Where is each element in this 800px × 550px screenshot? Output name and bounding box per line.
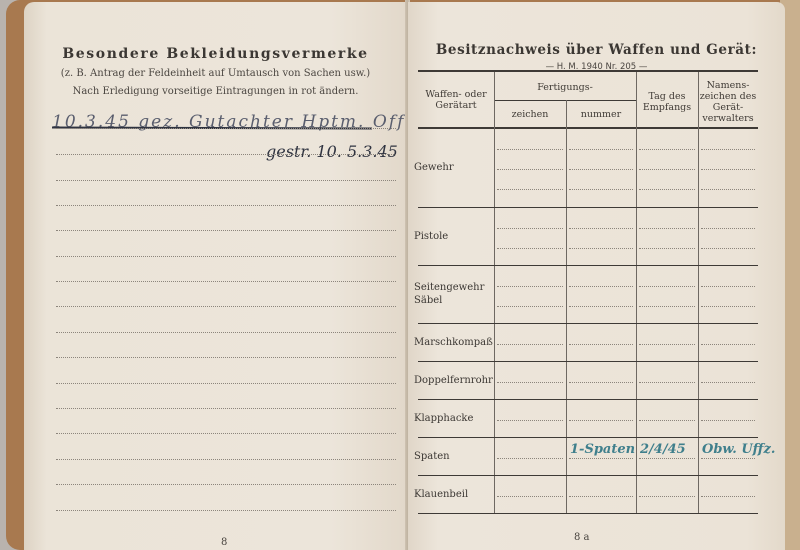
cell-fill-line	[701, 382, 755, 383]
writing-line	[56, 128, 396, 129]
cell-nummer: 1-Spaten	[570, 442, 635, 457]
row-label: Seitengewehr Säbel	[414, 281, 492, 307]
page-number-right: 8 a	[574, 532, 590, 543]
row-separator	[418, 207, 758, 208]
left-page-title: Besondere Bekleidungsvermerke	[24, 46, 407, 62]
cell-fill-line	[639, 306, 695, 307]
writing-line	[56, 205, 396, 206]
writing-line	[56, 357, 396, 358]
cell-fill-line	[497, 189, 563, 190]
right-page: Besitznachweis über Waffen und Gerät: — …	[408, 2, 785, 550]
writing-line	[56, 180, 396, 181]
row-separator	[418, 475, 758, 476]
row-separator	[418, 323, 758, 324]
cell-fill-line	[639, 228, 695, 229]
cell-fill-line	[569, 306, 633, 307]
writing-line	[56, 510, 396, 511]
cell-fill-line	[497, 344, 563, 345]
cell-fill-line	[569, 149, 633, 150]
column-divider	[698, 72, 699, 513]
writing-line	[56, 332, 396, 333]
writing-line	[56, 408, 396, 409]
cell-fill-line	[639, 496, 695, 497]
cell-fill-line	[569, 248, 633, 249]
cell-fill-line	[701, 458, 755, 459]
cell-fill-line	[497, 458, 563, 459]
cell-fill-line	[569, 189, 633, 190]
cell-fill-line	[569, 228, 633, 229]
column-divider	[494, 72, 495, 513]
cell-fill-line	[497, 248, 563, 249]
column-divider	[636, 72, 637, 513]
cell-fill-line	[569, 420, 633, 421]
writing-line	[56, 230, 396, 231]
col-header-type: Waffen- oder Gerätart	[418, 89, 494, 111]
cell-fill-line	[701, 169, 755, 170]
writing-line	[56, 154, 396, 155]
row-separator	[418, 437, 758, 438]
cell-fill-line	[701, 286, 755, 287]
row-label: Spaten	[414, 450, 492, 463]
writing-line	[56, 256, 396, 257]
cell-fill-line	[701, 189, 755, 190]
col-header-date: Tag des Empfangs	[636, 91, 698, 113]
right-page-title: Besitznachweis über Waffen und Gerät:	[408, 42, 785, 58]
cell-fill-line	[497, 382, 563, 383]
cell-fill-line	[497, 496, 563, 497]
cell-fill-line	[569, 496, 633, 497]
column-divider	[566, 100, 567, 513]
cell-fill-line	[569, 382, 633, 383]
row-label: Klauenbeil	[414, 488, 492, 501]
left-page-subtitle-1: (z. B. Antrag der Feldeinheit auf Umtaus…	[24, 68, 407, 79]
left-page-subtitle-2: Nach Erledigung vorseitige Eintragungen …	[24, 86, 407, 97]
cell-fill-line	[701, 496, 755, 497]
writing-line	[56, 383, 396, 384]
cell-fill-line	[497, 420, 563, 421]
cell-fill-line	[701, 420, 755, 421]
cell-fill-line	[639, 420, 695, 421]
row-separator	[418, 399, 758, 400]
col-header-type-label: Waffen- oder Gerätart	[425, 89, 486, 111]
cell-fill-line	[701, 344, 755, 345]
left-page: Besondere Bekleidungsvermerke (z. B. Ant…	[24, 2, 407, 550]
cell-fill-line	[569, 169, 633, 170]
col-header-signature: Namens- zeichen des Gerät- verwalters	[698, 80, 758, 124]
header-bottom-border	[418, 127, 758, 129]
cell-signature: Obw. Uffz.	[702, 442, 775, 457]
cell-fill-line	[639, 286, 695, 287]
row-label: Doppelfernrohr	[414, 374, 492, 387]
handwritten-note: gestr. 10. 5.3.45	[266, 142, 398, 161]
row-separator	[418, 361, 758, 362]
cell-fill-line	[701, 228, 755, 229]
cell-fill-line	[639, 169, 695, 170]
col-header-nummer: nummer	[566, 109, 636, 120]
cell-fill-line	[569, 286, 633, 287]
writing-line	[56, 459, 396, 460]
cell-fill-line	[497, 149, 563, 150]
writing-line	[56, 484, 396, 485]
table-top-border	[418, 70, 758, 72]
cell-fill-line	[497, 306, 563, 307]
row-separator	[418, 513, 758, 514]
col-header-fertigungs: Fertigungs-	[494, 82, 636, 93]
cell-fill-line	[639, 248, 695, 249]
row-separator	[418, 265, 758, 266]
cell-fill-line	[639, 149, 695, 150]
row-label: Gewehr	[414, 161, 492, 174]
cell-date: 2/4/45	[640, 442, 686, 457]
cell-fill-line	[569, 458, 633, 459]
cell-fill-line	[497, 169, 563, 170]
cell-fill-line	[701, 306, 755, 307]
writing-line	[56, 306, 396, 307]
cell-fill-line	[639, 382, 695, 383]
fertigungs-divider	[494, 100, 636, 101]
row-label: Marschkompaß	[414, 336, 492, 349]
row-label: Klapphacke	[414, 412, 492, 425]
cell-fill-line	[639, 189, 695, 190]
writing-line	[56, 433, 396, 434]
cell-fill-line	[639, 344, 695, 345]
writing-line	[56, 281, 396, 282]
col-header-zeichen: zeichen	[494, 109, 566, 120]
cell-fill-line	[497, 286, 563, 287]
page-number-left: 8	[221, 537, 227, 548]
cell-fill-line	[701, 149, 755, 150]
cell-fill-line	[497, 228, 563, 229]
cell-fill-line	[639, 458, 695, 459]
cell-fill-line	[701, 248, 755, 249]
row-label: Pistole	[414, 230, 492, 243]
cell-fill-line	[569, 344, 633, 345]
